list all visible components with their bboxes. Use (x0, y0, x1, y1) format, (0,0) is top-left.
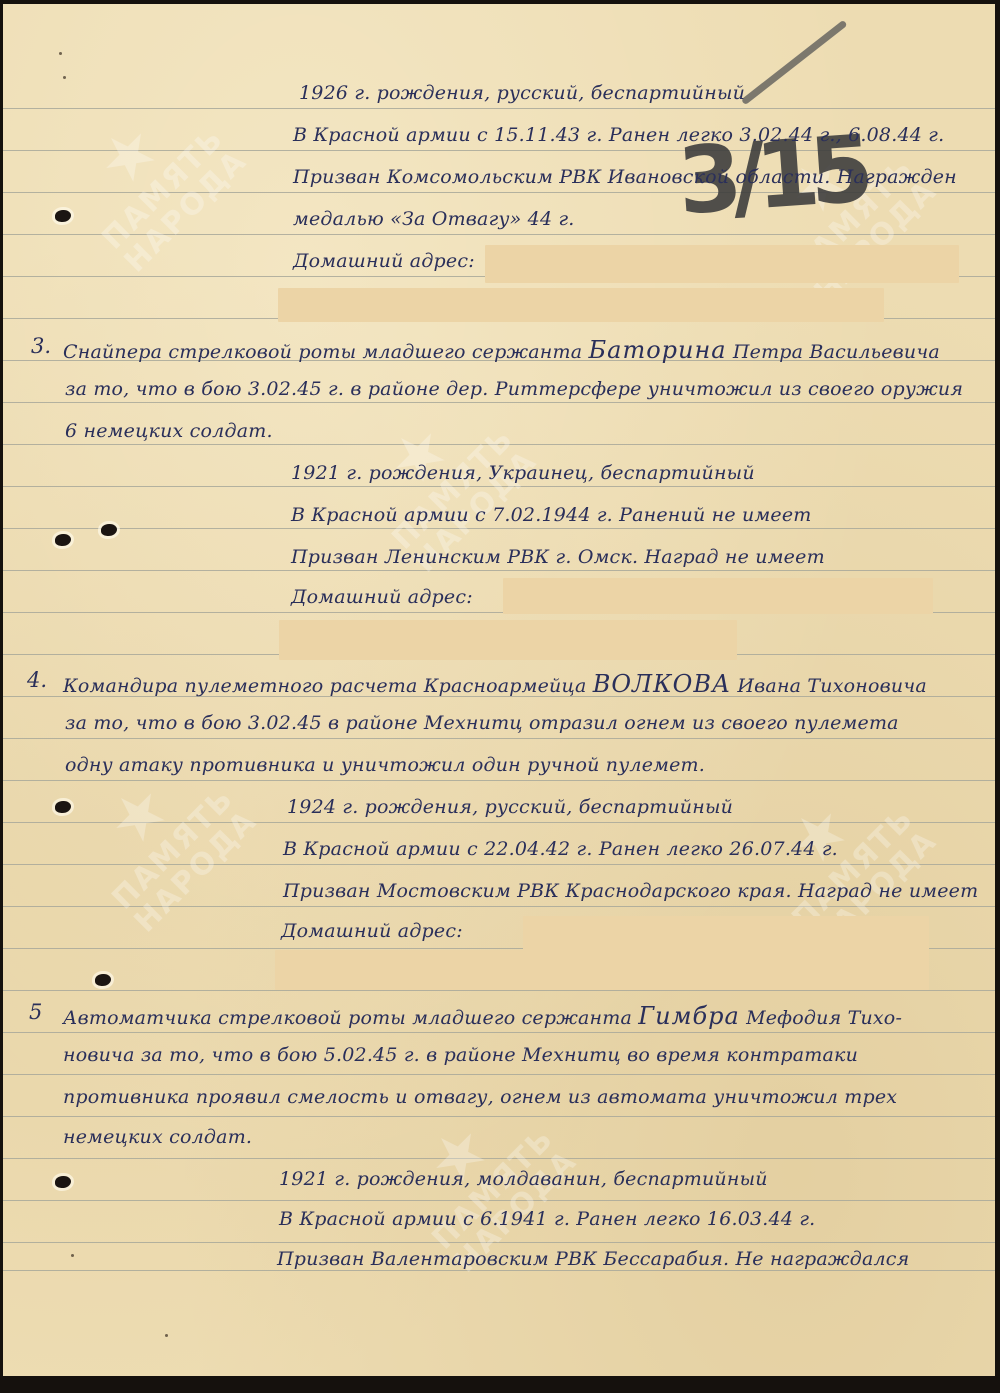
paper-speck (71, 1254, 74, 1257)
ruled-line (3, 780, 995, 781)
ruled-line (3, 234, 995, 235)
entry-number: 5 (29, 1000, 42, 1024)
redacted-address (523, 916, 929, 952)
entry-rank: Снайпера стрелковой роты младшего сержан… (63, 341, 582, 363)
entry-citation: немецких солдат. (63, 1126, 252, 1148)
punch-hole (55, 534, 71, 546)
star-icon: ★ (51, 77, 208, 234)
ruled-line (3, 1242, 995, 1243)
redacted-address (275, 950, 929, 990)
entry-detail-birth: 1921 г. рождения, молдаванин, беспартийн… (279, 1168, 768, 1190)
entry-citation: 6 немецких солдат. (65, 420, 273, 442)
entry-detail-conscription: Призван Комсомольским РВК Ивановской обл… (293, 166, 957, 188)
punch-hole (55, 1176, 71, 1188)
ruled-line (3, 570, 995, 571)
entry-detail-award: медалью «За Отвагу» 44 г. (293, 208, 575, 230)
entry-given-names: Ивана Тихоновича (737, 675, 927, 697)
entry-surname: Баторина (589, 336, 727, 364)
entry-detail-conscription: Призван Мостовским РВК Краснодарского кр… (283, 880, 978, 902)
punch-hole (55, 210, 71, 222)
entry-heading: Автоматчика стрелковой роты младшего сер… (63, 1002, 902, 1030)
entry-citation: новича за то, что в бою 5.02.45 г. в рай… (63, 1044, 858, 1066)
ruled-line (3, 1074, 995, 1075)
address-label: Домашний адрес: (281, 920, 463, 942)
ruled-line (3, 1032, 995, 1033)
entry-detail-conscription: Призван Ленинским РВК г. Омск. Наград не… (291, 546, 825, 568)
entry-citation: противника проявил смелость и отвагу, ог… (63, 1086, 897, 1108)
ruled-line (3, 108, 995, 109)
entry-citation: за то, что в бою 3.02.45 г. в районе дер… (65, 378, 963, 400)
ruled-line (3, 1270, 995, 1271)
entry-citation: одну атаку противника и уничтожил один р… (65, 754, 705, 776)
redacted-address (278, 288, 884, 322)
document-page: ★ ПАМЯТЬ НАРОДА ★ ПАМЯТЬ НАРОДА ★ ПАМЯТЬ… (3, 4, 995, 1376)
ruled-line (3, 990, 995, 991)
punch-hole (101, 524, 117, 536)
entry-surname: ВОЛКОВА (593, 670, 731, 698)
entry-detail-birth: 1926 г. рождения, русский, беспартийный (299, 82, 745, 104)
ruled-line (3, 906, 995, 907)
address-label: Домашний адрес: (291, 586, 473, 608)
entry-given-names: Петра Васильевича (733, 341, 940, 363)
ruled-line (3, 528, 995, 529)
entry-number: 3. (31, 334, 51, 358)
address-label: Домашний адрес: (293, 250, 475, 272)
entry-heading: Командира пулеметного расчета Красноарме… (63, 670, 927, 698)
entry-given-names: Мефодия Тихо- (746, 1007, 902, 1029)
ruled-line (3, 1200, 995, 1201)
punch-hole (95, 974, 111, 986)
entry-detail-birth: 1924 г. рождения, русский, беспартийный (287, 796, 733, 818)
entry-detail-conscription: Призван Валентаровским РВК Бессарабия. Н… (277, 1248, 909, 1270)
paper-speck (165, 1334, 168, 1337)
entry-detail-birth: 1921 г. рождения, Украинец, беспартийный (291, 462, 755, 484)
punch-hole (55, 801, 71, 813)
ruled-line (3, 1116, 995, 1117)
ruled-line (3, 444, 995, 445)
ruled-line (3, 1158, 995, 1159)
ruled-line (3, 486, 995, 487)
entry-detail-service: В Красной армии с 7.02.1944 г. Ранений н… (291, 504, 812, 526)
entry-surname: Гимбра (638, 1002, 740, 1030)
redacted-address (485, 245, 959, 283)
entry-detail-service: В Красной армии с 15.11.43 г. Ранен легк… (293, 124, 944, 146)
paper-speck (63, 76, 66, 79)
paper-speck (59, 52, 62, 55)
entry-rank: Командира пулеметного расчета Красноарме… (63, 675, 586, 697)
ruled-line (3, 738, 995, 739)
entry-citation: за то, что в бою 3.02.45 в районе Мехнит… (65, 712, 899, 734)
entry-rank: Автоматчика стрелковой роты младшего сер… (63, 1007, 632, 1029)
entry-detail-service: В Красной армии с 22.04.42 г. Ранен легк… (283, 838, 838, 860)
ruled-line (3, 864, 995, 865)
redacted-address (503, 578, 933, 614)
entry-number: 4. (27, 668, 47, 692)
redacted-address (279, 620, 737, 660)
pencil-mark (741, 20, 848, 106)
scan-frame: ★ ПАМЯТЬ НАРОДА ★ ПАМЯТЬ НАРОДА ★ ПАМЯТЬ… (0, 0, 1000, 1393)
ruled-line (3, 822, 995, 823)
entry-heading: Снайпера стрелковой роты младшего сержан… (63, 336, 940, 364)
entry-detail-service: В Красной армии с 6.1941 г. Ранен легко … (279, 1208, 815, 1230)
ruled-line (3, 402, 995, 403)
